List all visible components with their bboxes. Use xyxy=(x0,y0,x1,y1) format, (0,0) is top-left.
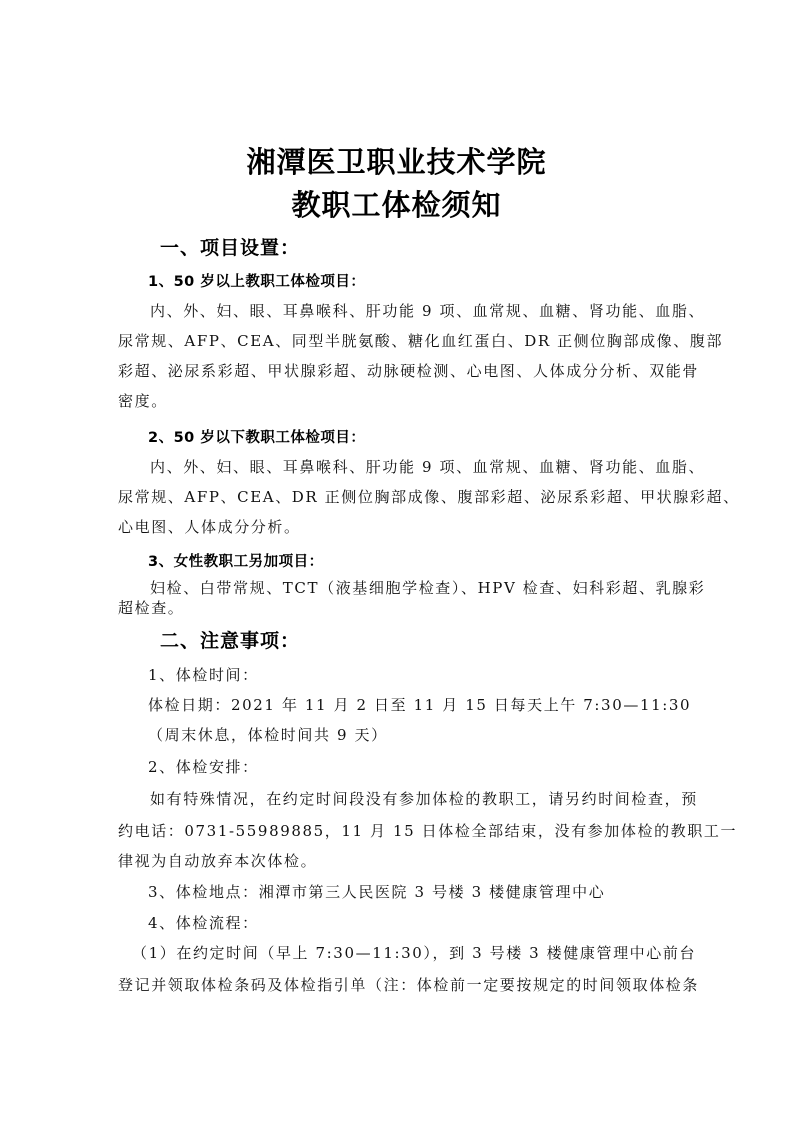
time-note: （周末休息，体检时间共 9 天） xyxy=(148,724,388,745)
item1-line: 彩超、泌尿系彩超、甲状腺彩超、动脉硬检测、心电图、人体成分分析、双能骨 xyxy=(118,360,674,381)
item3-line: 妇检、白带常规、TCT（液基细胞学检查）、HPV 检查、妇科彩超、乳腺彩 xyxy=(150,577,674,598)
arrangement-line: 约电话：0731-55989885，11 月 15 日体检全部结束，没有参加体检… xyxy=(118,820,674,841)
section2-heading: 二、注意事项： xyxy=(160,626,300,653)
process-line: （1）在约定时间（早上 7:30—11:30），到 3 号楼 3 楼健康管理中心… xyxy=(132,942,674,963)
document-page: 湘潭医卫职业技术学院 教职工体检须知 一、项目设置： 1、50 岁以上教职工体检… xyxy=(0,0,793,1122)
item2-line: 心电图、人体成分分析。 xyxy=(118,516,301,537)
item1-heading: 1、50 岁以上教职工体检项目： xyxy=(148,270,365,291)
item2-heading: 2、50 岁以下教职工体检项目： xyxy=(148,426,365,447)
item1-line: 内、外、妇、眼、耳鼻喉科、肝功能 9 项、血常规、血糖、肾功能、血脂、 xyxy=(150,300,674,321)
process-line: 登记并领取体检条码及体检指引单（注：体检前一定要按规定的时间领取体检条 xyxy=(118,974,674,995)
document-title-line2: 教职工体检须知 xyxy=(0,183,793,224)
time-heading: 1、体检时间： xyxy=(148,664,259,685)
section1-heading: 一、项目设置： xyxy=(160,233,300,260)
arrangement-line: 律视为自动放弃本次体检。 xyxy=(118,850,317,871)
item2-line: 内、外、妇、眼、耳鼻喉科、肝功能 9 项、血常规、血糖、肾功能、血脂、 xyxy=(150,456,674,477)
item3-heading: 3、女性教职工另加项目： xyxy=(148,550,324,571)
arrangement-line: 如有特殊情况，在约定时间段没有参加体检的教职工，请另约时间检查，预 xyxy=(150,788,674,809)
process-heading: 4、体检流程： xyxy=(148,912,259,933)
arrangement-heading: 2、体检安排： xyxy=(148,756,259,777)
item1-line: 尿常规、AFP、CEA、同型半胱氨酸、糖化血红蛋白、DR 正侧位胸部成像、腹部 xyxy=(118,330,674,351)
item2-line: 尿常规、AFP、CEA、DR 正侧位胸部成像、腹部彩超、泌尿系彩超、甲状腺彩超、 xyxy=(118,486,674,507)
item1-line: 密度。 xyxy=(118,390,168,411)
location-line: 3、体检地点：湘潭市第三人民医院 3 号楼 3 楼健康管理中心 xyxy=(148,881,605,902)
item3-line: 超检查。 xyxy=(118,597,184,618)
time-date-line: 体检日期：2021 年 11 月 2 日至 11 月 15 日每天上午 7:30… xyxy=(148,694,691,715)
document-title-line1: 湘潭医卫职业技术学院 xyxy=(0,140,793,181)
